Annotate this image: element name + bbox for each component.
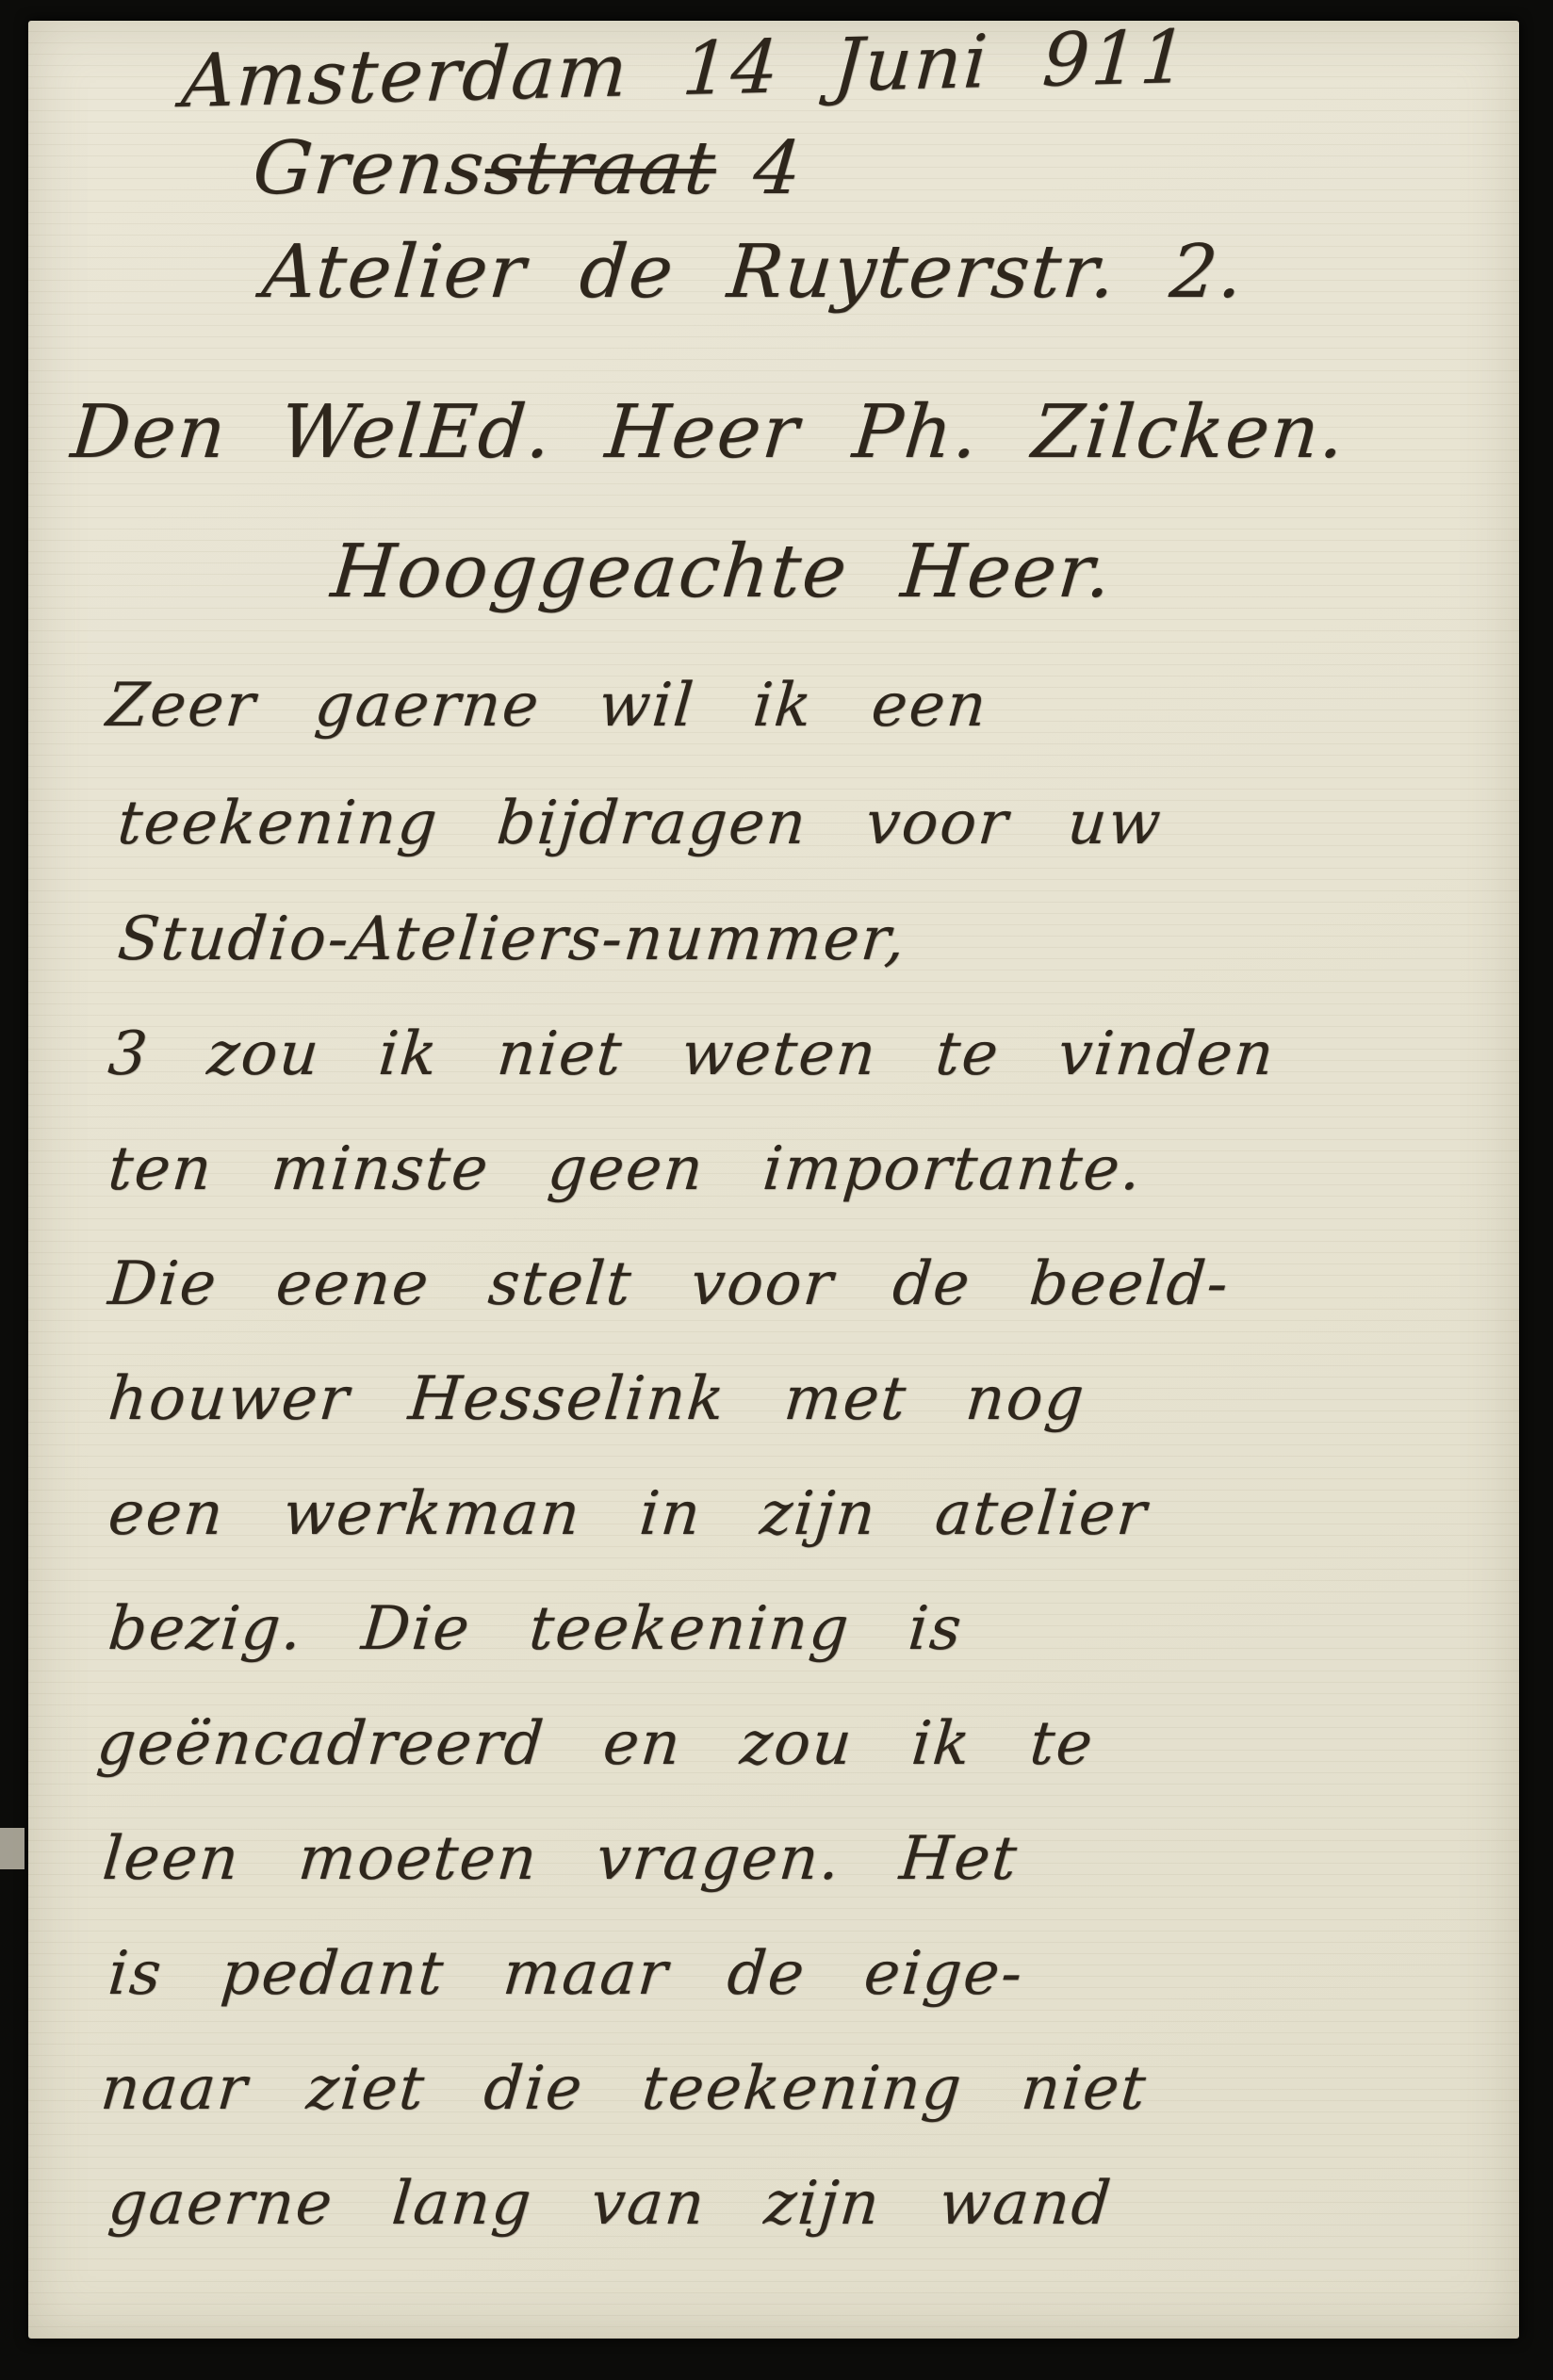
body-line: is pedant maar de eige- bbox=[106, 1939, 1026, 2009]
body-line: leen moeten vragen. Het bbox=[100, 1824, 1022, 1894]
atelier-address-line: Atelier de Ruyterstr. 2. bbox=[259, 230, 1248, 315]
salutation-line: Hooggeachte Heer. bbox=[328, 530, 1116, 614]
body-line: ten minste geen importante. bbox=[106, 1134, 1145, 1204]
address-line: Grensstraat4 bbox=[250, 126, 807, 211]
body-line: een werkman in zijn atelier bbox=[106, 1479, 1151, 1549]
body-line: Zeer gaerne wil ik een bbox=[104, 671, 990, 741]
body-line: 3 zou ik niet weten te vinden bbox=[106, 1019, 1278, 1089]
body-line: gaerne lang van zijn wand bbox=[106, 2169, 1115, 2239]
body-line: houwer Hesselink met nog bbox=[106, 1364, 1088, 1434]
scan-frame: Amsterdam 14 Juni 911 Grensstraat4 Ateli… bbox=[0, 0, 1553, 2380]
letter-paper: Amsterdam 14 Juni 911 Grensstraat4 Ateli… bbox=[28, 21, 1519, 2339]
body-line: teekening bijdragen voor uw bbox=[115, 789, 1165, 858]
recipient-line: Den WelEd. Heer Ph. Zilcken. bbox=[68, 390, 1349, 475]
body-line: naar ziet die teekening niet bbox=[98, 2054, 1150, 2124]
address-street-struck: straat bbox=[482, 126, 720, 211]
body-line: bezig. Die teekening is bbox=[106, 1594, 966, 1664]
scan-artifact bbox=[0, 1828, 25, 1869]
body-line: Die eene stelt voor de beeld- bbox=[106, 1249, 1233, 1319]
body-line: Studio-Ateliers-nummer, bbox=[115, 905, 909, 974]
address-house-number: 4 bbox=[750, 126, 807, 211]
body-line: geëncadreerd en zou ik te bbox=[94, 1709, 1097, 1779]
address-street-pre: Grens bbox=[250, 126, 489, 211]
dateline: Amsterdam 14 Juni 911 bbox=[179, 15, 1191, 124]
